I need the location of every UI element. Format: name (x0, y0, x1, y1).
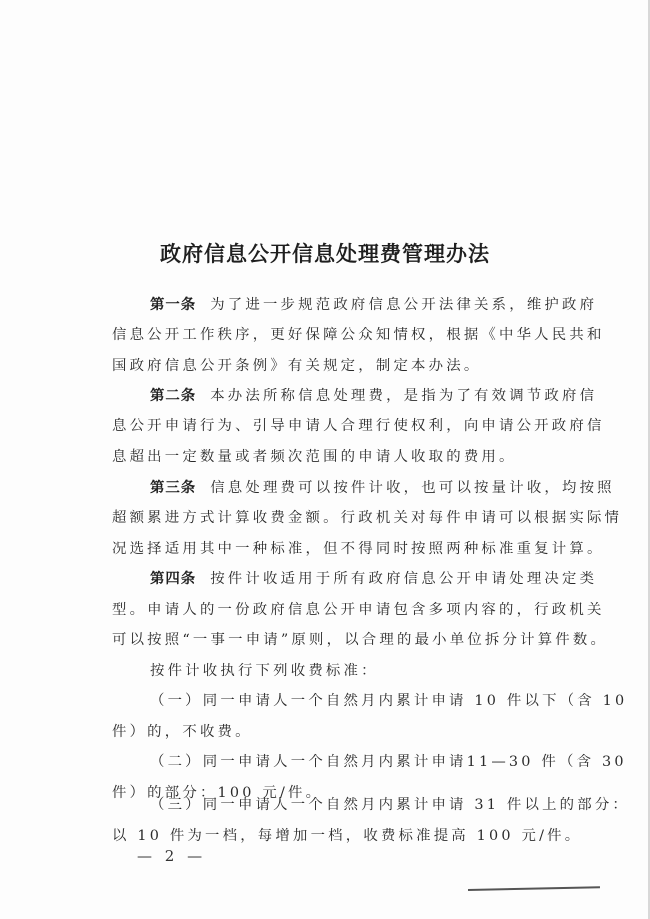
article-3-line-3: 况选择适用其中一种标准，但不得同时按照两种标准重复计算。 (112, 539, 552, 559)
fee-intro: 按件计收执行下列收费标准： (150, 661, 590, 681)
article-1-label: 第一条 (150, 297, 196, 313)
article-2-line-1: 第二条本办法所称信息处理费，是指为了有效调节政府信 (150, 386, 590, 406)
fee-item-3-line-1: （三）同一申请人一个自然月内累计申请 31 件以上的部分： (150, 795, 590, 815)
article-1-line-1: 第一条为了进一步规范政府信息公开法律关系，维护政府 (150, 295, 590, 315)
fee-item-1-line-1: （一）同一申请人一个自然月内累计申请 10 件以下（含 10 (150, 691, 590, 711)
article-2-line-2: 息公开申请行为、引导申请人合理行使权利，向申请公开政府信 (112, 416, 552, 436)
page-number: — 2 — (137, 847, 206, 865)
article-3-line-2: 超额累进方式计算收费金额。行政机关对每件申请可以根据实际情 (112, 508, 552, 528)
fee-item-3-line-2: 以 10 件为一档，每增加一档，收费标准提高 100 元/件。 (112, 826, 552, 846)
article-4-line-1: 第四条按件计收适用于所有政府信息公开申请处理决定类 (150, 569, 590, 589)
article-3-label: 第三条 (150, 480, 196, 496)
fee-item-1-line-2: 件）的，不收费。 (112, 722, 552, 742)
article-2-text: 本办法所称信息处理费，是指为了有效调节政府信 (210, 388, 597, 404)
article-4-line-3: 可以按照“一事一申请”原则，以合理的最小单位拆分计算件数。 (112, 630, 552, 650)
document-page: 政府信息公开信息处理费管理办法 第一条为了进一步规范政府信息公开法律关系，维护政… (0, 0, 650, 919)
article-4-label: 第四条 (150, 571, 196, 587)
article-4-line-2: 型。申请人的一份政府信息公开申请包含多项内容的，行政机关 (112, 600, 552, 620)
article-1-text: 为了进一步规范政府信息公开法律关系，维护政府 (210, 297, 597, 313)
document-title: 政府信息公开信息处理费管理办法 (0, 238, 650, 268)
article-3-text: 信息处理费可以按件计收，也可以按量计收，均按照 (210, 480, 615, 496)
article-1-line-3: 国政府信息公开条例》有关规定，制定本办法。 (112, 356, 552, 376)
article-4-text: 按件计收适用于所有政府信息公开申请处理决定类 (210, 571, 597, 587)
article-2-line-3: 息超出一定数量或者频次范围的申请人收取的费用。 (112, 447, 552, 467)
fee-item-2-line-1: （二）同一申请人一个自然月内累计申请11—30 件（含 30 (150, 752, 590, 772)
article-3-line-1: 第三条信息处理费可以按件计收，也可以按量计收，均按照 (150, 478, 590, 498)
article-1-line-2: 信息公开工作秩序，更好保障公众知情权，根据《中华人民共和 (112, 325, 552, 345)
scan-line-mark (468, 886, 600, 891)
article-2-label: 第二条 (150, 388, 196, 404)
